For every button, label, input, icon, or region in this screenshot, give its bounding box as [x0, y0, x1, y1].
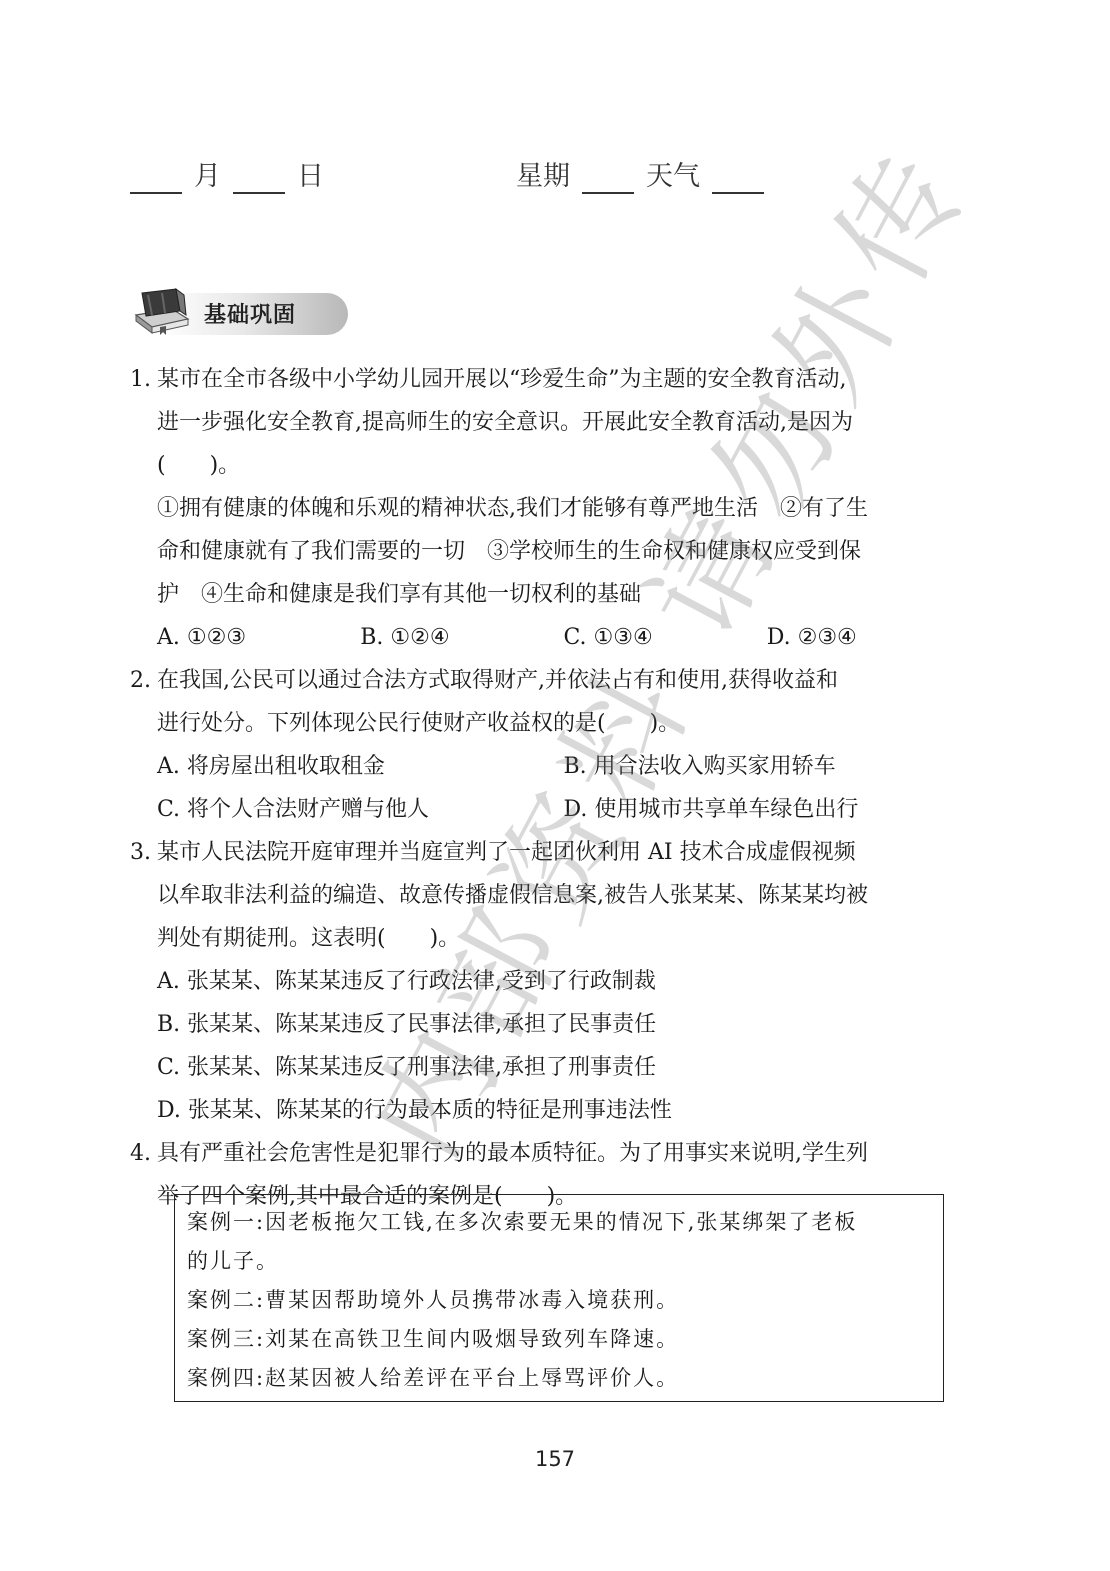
question-text: 判处有期徒刑。这表明( )。	[130, 917, 970, 960]
option-c[interactable]: C. 张某某、陈某某违反了刑事法律,承担了刑事责任	[130, 1046, 970, 1089]
question-text: 进一步强化安全教育,提高师生的安全意识。开展此安全教育活动,是因为	[130, 401, 970, 444]
weather-label: 天气	[646, 160, 700, 194]
question-text: 某市人民法院开庭审理并当庭宣判了一起团伙利用 AI 技术合成虚假视频	[157, 840, 856, 865]
weather-blank[interactable]	[712, 162, 764, 194]
question-text: 某市在全市各级中小学幼儿园开展以“珍爱生命”为主题的安全教育活动,	[157, 367, 847, 392]
option-b[interactable]: B. 用合法收入购买家用轿车	[564, 745, 971, 788]
day-blank[interactable]	[233, 162, 285, 194]
books-icon	[132, 285, 202, 335]
answer-blank[interactable]: ( )。	[130, 444, 970, 487]
question-number: 2.	[130, 659, 157, 702]
case-line: 案例四:赵某因被人给差评在平台上辱骂评价人。	[187, 1359, 931, 1398]
question-1: 1.某市在全市各级中小学幼儿园开展以“珍爱生命”为主题的安全教育活动, 进一步强…	[130, 358, 970, 659]
question-text: 具有严重社会危害性是犯罪行为的最本质特征。为了用事实来说明,学生列	[157, 1141, 868, 1166]
options-row: A. 将房屋出租收取租金 B. 用合法收入购买家用轿车	[130, 745, 970, 788]
option-b[interactable]: B. ①②④	[360, 616, 563, 659]
option-d[interactable]: D. ②③④	[767, 616, 970, 659]
case-line: 的儿子。	[187, 1242, 931, 1281]
option-c[interactable]: C. 将个人合法财产赠与他人	[157, 788, 564, 831]
weekday-label: 星期	[516, 160, 570, 194]
option-a[interactable]: A. 将房屋出租收取租金	[157, 745, 564, 788]
question-text: 进行处分。下列体现公民行使财产收益权的是( )。	[130, 702, 970, 745]
question-number: 3.	[130, 831, 157, 874]
questions: 1.某市在全市各级中小学幼儿园开展以“珍爱生命”为主题的安全教育活动, 进一步强…	[130, 358, 970, 1218]
statement-line: 护 ④生命和健康是我们享有其他一切权利的基础	[130, 573, 970, 616]
question-3: 3.某市人民法院开庭审理并当庭宣判了一起团伙利用 AI 技术合成虚假视频 以牟取…	[130, 831, 970, 1132]
page-number: 157	[0, 1447, 1110, 1471]
option-a[interactable]: A. 张某某、陈某某违反了行政法律,受到了行政制裁	[130, 960, 970, 1003]
case-line: 案例三:刘某在高铁卫生间内吸烟导致列车降速。	[187, 1320, 931, 1359]
options-row: A. ①②③ B. ①②④ C. ①③④ D. ②③④	[130, 616, 970, 659]
option-d[interactable]: D. 张某某、陈某某的行为最本质的特征是刑事违法性	[130, 1089, 970, 1132]
question-text: 以牟取非法利益的编造、故意传播虚假信息案,被告人张某某、陈某某均被	[130, 874, 970, 917]
section-banner: 基础巩固	[128, 285, 348, 337]
case-line: 案例二:曹某因帮助境外人员携带冰毒入境获刑。	[187, 1281, 931, 1320]
question-number: 1.	[130, 358, 157, 401]
case-box: 案例一:因老板拖欠工钱,在多次索要无果的情况下,张某绑架了老板 的儿子。 案例二…	[174, 1194, 944, 1402]
question-2: 2.在我国,公民可以通过合法方式取得财产,并依法占有和使用,获得收益和 进行处分…	[130, 659, 970, 831]
question-text: 在我国,公民可以通过合法方式取得财产,并依法占有和使用,获得收益和	[157, 668, 838, 693]
day-label: 日	[297, 160, 324, 194]
case-line: 案例一:因老板拖欠工钱,在多次索要无果的情况下,张某绑架了老板	[187, 1203, 931, 1242]
workbook-page: 月 日 星期 天气 基础巩固 1.某市在全市各级中小学幼儿园开展以“珍爱生命”为…	[0, 0, 1110, 1571]
options-row: C. 将个人合法财产赠与他人 D. 使用城市共享单车绿色出行	[130, 788, 970, 831]
question-number: 4.	[130, 1132, 157, 1175]
statement-line: 命和健康就有了我们需要的一切 ③学校师生的生命权和健康权应受到保	[130, 530, 970, 573]
option-c[interactable]: C. ①③④	[564, 616, 767, 659]
month-blank[interactable]	[130, 162, 182, 194]
month-label: 月	[194, 160, 221, 194]
option-a[interactable]: A. ①②③	[157, 616, 360, 659]
weekday-blank[interactable]	[582, 162, 634, 194]
option-b[interactable]: B. 张某某、陈某某违反了民事法律,承担了民事责任	[130, 1003, 970, 1046]
statement-line: ①拥有健康的体魄和乐观的精神状态,我们才能够有尊严地生活 ②有了生	[130, 487, 970, 530]
section-title: 基础巩固	[204, 298, 296, 329]
date-weather-line: 月 日 星期 天气	[130, 160, 776, 194]
option-d[interactable]: D. 使用城市共享单车绿色出行	[564, 788, 971, 831]
